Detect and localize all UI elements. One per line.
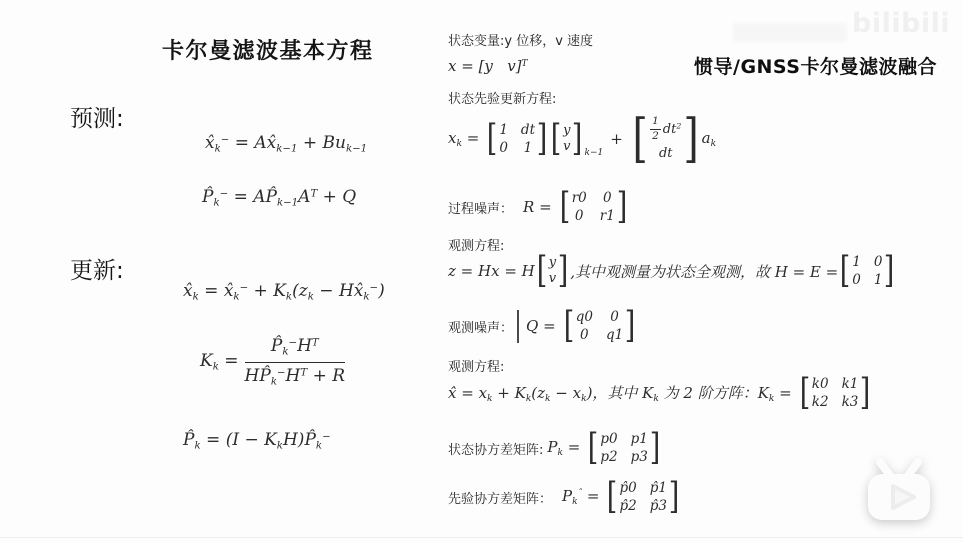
process-noise-label: 过程噪声： — [448, 198, 513, 217]
matrix-cell: 0 — [572, 208, 587, 224]
transition-matrix: 1 dt 0 1 — [499, 122, 535, 156]
bracket-open: [ — [487, 124, 498, 155]
prior-update-label: 状态先验更新方程: — [448, 88, 556, 107]
process-noise-row: 过程噪声： R = [ r0 0 0 r1 ] — [448, 188, 629, 226]
matrix-cell: p2 — [600, 449, 617, 465]
eq-observation: z = Hx = H [ y v ] ,其中观测量为状态全观测，故 H = E … — [448, 251, 896, 291]
observation-matrix: 1 0 0 1 — [852, 254, 882, 288]
vector-subscript: k−1 — [585, 148, 604, 158]
matrix-cell: dt — [521, 122, 535, 138]
observation-noise-label: 观测噪声： — [448, 317, 513, 336]
bottom-hairline — [0, 537, 963, 538]
acceleration-term: ak — [702, 129, 716, 149]
matrix-cell: 0 — [499, 140, 508, 156]
predict-section-label: 预测: — [70, 100, 124, 133]
matrix-cell: 1 — [874, 272, 883, 288]
vector-cell: v — [563, 140, 570, 155]
eq-covariance-update: P̂k = (I − KkH)P̂k− — [183, 430, 331, 452]
eqF-lhs: Pk = — [547, 438, 580, 458]
matrix-cell: p1 — [631, 431, 648, 447]
eq-covariance-predict: P̂k− = AP̂k−1AT + Q — [202, 187, 356, 209]
bracket-close: ] — [572, 124, 583, 155]
bracket-close: ] — [684, 117, 699, 161]
eq-kalman-gain: Kk = P̂k−HT HP̂k−HT + R — [200, 336, 345, 387]
watermark-uploader-blur — [733, 23, 847, 42]
bracket-close: ] — [617, 192, 628, 223]
video-frame: 卡尔曼滤波基本方程 预测: x̂k− = Ax̂k−1 + Buk−1 P̂k−… — [0, 0, 963, 543]
bracket-close: ] — [650, 433, 661, 464]
video-title: 惯导/GNSS卡尔曼滤波融合 — [694, 52, 937, 79]
matrix-cell: 0 — [874, 254, 883, 270]
matrix-cell: r0 — [572, 190, 587, 206]
matrix-cell: q1 — [606, 327, 623, 343]
matrix-cell: k0 — [812, 376, 829, 392]
input-column-vector: 1 2 dt2 dt — [650, 116, 681, 161]
dt-squared: dt2 — [663, 122, 682, 137]
bracket-open: [ — [536, 256, 547, 287]
vector-cell: y — [549, 256, 556, 271]
eq-state-update-right: x̂ = xk + Kk(zk − xk)，其中 Kk 为 2 阶方阵：Kk =… — [448, 372, 872, 414]
bracket-open: [ — [588, 433, 599, 464]
prior-covariance-matrix: p̂0 p̂1 p̂2 p̂3 — [619, 480, 666, 514]
matrix-cell: p̂1 — [650, 480, 667, 496]
play-button[interactable] — [856, 452, 944, 534]
gain-numerator: P̂k−HT — [245, 336, 345, 363]
eq-prior-state-matrix: xk = [ 1 dt 0 1 ] [ y v ] k−1 + [ 1 2 dt… — [448, 106, 716, 172]
eq-state-predict: x̂k− = Ax̂k−1 + Buk−1 — [205, 133, 367, 155]
update-section-label: 更新: — [70, 252, 124, 285]
state-covariance-matrix: p0 p1 p2 p3 — [600, 431, 647, 465]
bracket-open: [ — [799, 378, 810, 409]
matrix-cell: 1 — [852, 254, 861, 270]
state-column-vector: y v — [563, 124, 570, 155]
matrix-cell: p̂2 — [619, 498, 636, 514]
observation-noise-matrix: q0 0 0 q1 — [576, 309, 623, 343]
matrix-cell: 0 — [606, 309, 623, 325]
bracket-open: [ — [607, 482, 618, 513]
bracket-close: ] — [669, 482, 680, 513]
matrix-cell: k1 — [842, 376, 859, 392]
matrix-cell: r1 — [600, 208, 615, 224]
bracket-open: [ — [559, 192, 570, 223]
state-covariance-label: 状态协方差矩阵: — [448, 439, 543, 458]
matrix-cell: 1 — [521, 140, 535, 156]
eqC-pre: z = Hx = H — [448, 262, 535, 280]
bracket-open: [ — [563, 311, 574, 342]
matrix-cell: p̂3 — [650, 498, 667, 514]
bracket-close: ] — [884, 256, 895, 287]
matrix-cell: p3 — [631, 449, 648, 465]
bracket-close: ] — [625, 311, 636, 342]
prior-covariance-row: 先验协方差矩阵： Pkˆ = [ p̂0 p̂1 p̂2 p̂3 ] — [448, 476, 681, 518]
matrix-cell: k2 — [812, 394, 829, 410]
one-half-fraction: 1 2 — [650, 116, 661, 142]
gain-lhs: Kk = — [200, 351, 239, 373]
eqA-lhs: xk = — [448, 129, 479, 149]
eq-state-update: x̂k = x̂k− + Kk(zk − Hx̂k−) — [183, 281, 385, 303]
eqB-lhs: R = — [523, 198, 552, 216]
bracket-close: ] — [558, 256, 569, 287]
observation-vector: y v — [549, 256, 556, 287]
eqD-lhs: Q = — [526, 317, 556, 335]
text-cursor — [517, 310, 519, 343]
process-noise-matrix: r0 0 0 r1 — [572, 190, 615, 224]
prior-covariance-label: 先验协方差矩阵： — [448, 488, 552, 507]
gain-fraction: P̂k−HT HP̂k−HT + R — [245, 336, 345, 387]
state-variable-line: 状态变量:y 位移，v 速度 — [448, 30, 593, 49]
matrix-cell: p̂0 — [619, 480, 636, 496]
plus-sign: + — [610, 130, 623, 148]
state-covariance-row: 状态协方差矩阵: Pk = [ p0 p1 p2 p3 ] — [448, 428, 662, 468]
bracket-open: [ — [840, 256, 851, 287]
vector-cell: 1 2 dt2 — [650, 116, 681, 142]
eqE-pre: x̂ = xk + Kk(zk − xk)，其中 Kk 为 2 阶方阵：Kk = — [448, 382, 792, 404]
vector-cell: v — [549, 272, 556, 287]
slide-title: 卡尔曼滤波基本方程 — [162, 34, 374, 65]
matrix-cell: 1 — [499, 122, 508, 138]
bracket-open: [ — [632, 117, 647, 161]
matrix-cell: 0 — [576, 327, 593, 343]
state-vector-eq: x = [y v]T — [448, 57, 528, 75]
matrix-cell: 0 — [852, 272, 861, 288]
vector-cell: dt — [650, 147, 681, 162]
bracket-open: [ — [551, 124, 562, 155]
gain-matrix: k0 k1 k2 k3 — [812, 376, 859, 410]
matrix-cell: p0 — [600, 431, 617, 447]
eqG-lhs: Pkˆ = — [562, 487, 599, 507]
bilibili-tv-play-icon — [856, 452, 944, 534]
observation-noise-row: 观测噪声： Q = [ q0 0 0 q1 ] — [448, 306, 637, 346]
bilibili-watermark: bilibili — [852, 8, 950, 39]
matrix-cell: k3 — [842, 394, 859, 410]
gain-denominator: HP̂k−HT + R — [245, 363, 345, 388]
eqC-mid: ,其中观测量为状态全观测，故 H = E = — [570, 261, 838, 282]
vector-cell: y — [563, 124, 570, 139]
matrix-cell: q0 — [576, 309, 593, 325]
matrix-cell: 0 — [600, 190, 615, 206]
bracket-close: ] — [860, 378, 871, 409]
bracket-close: ] — [537, 124, 548, 155]
